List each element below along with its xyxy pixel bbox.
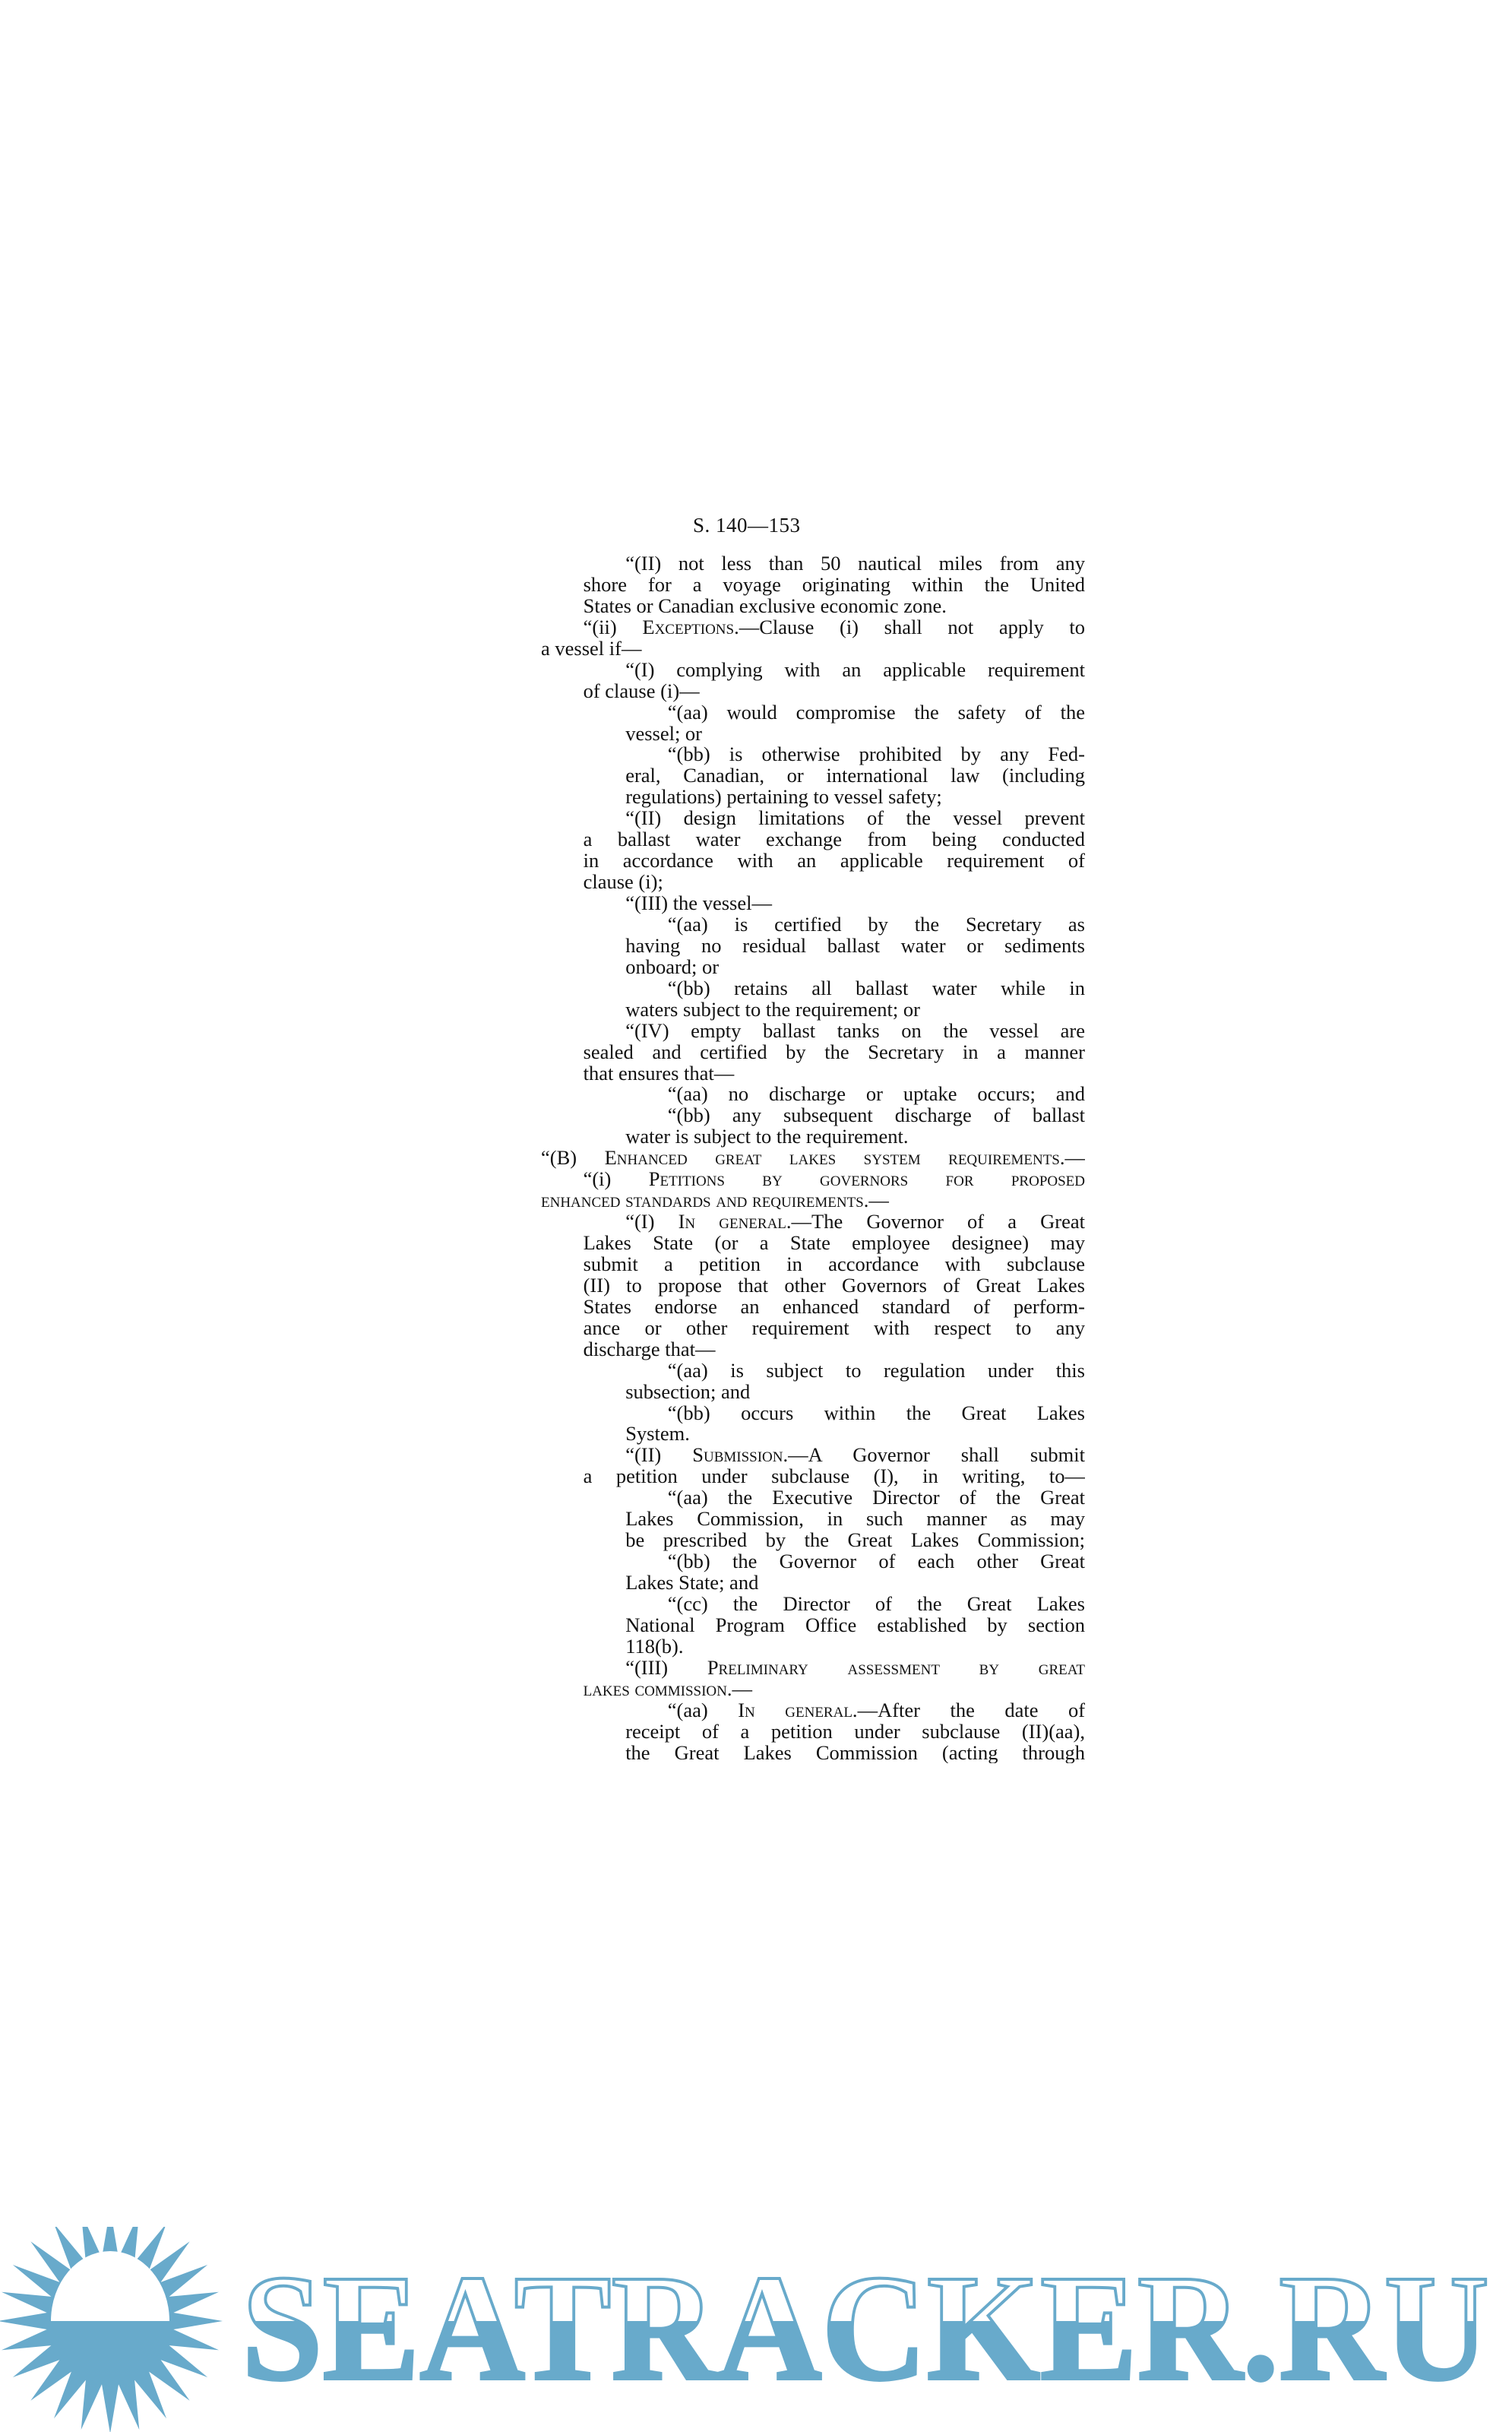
text-run: —A Governor shall submit [788, 1445, 1085, 1466]
small-caps-heading: In general. [738, 1700, 857, 1721]
text-run: discharge that— [584, 1338, 716, 1360]
text-line: vessel; or [541, 724, 1085, 745]
small-caps-heading: lakes commission. [584, 1677, 732, 1700]
text-line: a vessel if— [541, 638, 1085, 660]
sun-logo-icon [0, 2227, 223, 2432]
text-run: “(bb) any subsequent discharge of ballas… [668, 1105, 1085, 1126]
text-line: National Program Office established by s… [541, 1615, 1085, 1636]
text-line: (II) to propose that other Governors of … [541, 1275, 1085, 1297]
small-caps-heading: In general. [679, 1211, 792, 1233]
text-line: Lakes Commission, in such manner as may [541, 1509, 1085, 1530]
text-line: waters subject to the requirement; or [541, 999, 1085, 1021]
small-caps-heading: Enhanced great lakes system requirements… [605, 1148, 1065, 1169]
text-line: “(IV) empty ballast tanks on the vessel … [541, 1021, 1085, 1042]
text-run: 118(b). [625, 1635, 683, 1658]
text-run: “(B) [541, 1148, 605, 1169]
text-run: water is subject to the requirement. [625, 1125, 908, 1148]
text-line: “(II) not less than 50 nautical miles fr… [541, 553, 1085, 575]
text-line: “(I) In general.—The Governor of a Great [541, 1211, 1085, 1233]
text-line: “(ii) Exceptions.—Clause (i) shall not a… [541, 617, 1085, 638]
text-line: the Great Lakes Commission (acting throu… [541, 1743, 1085, 1764]
text-run: receipt of a petition under subclause (I… [625, 1721, 1085, 1743]
text-run: submit a petition in accordance with sub… [584, 1254, 1085, 1275]
text-line: “(aa) is subject to regulation under thi… [541, 1360, 1085, 1382]
text-run: “(bb) occurs within the Great Lakes [668, 1403, 1085, 1424]
page-header: S. 140—153 [693, 514, 801, 537]
text-run: “(I) [625, 1211, 678, 1233]
text-run: Lakes Commission, in such manner as may [625, 1509, 1085, 1530]
text-line: sealed and certified by the Secretary in… [541, 1042, 1085, 1063]
text-run: “(aa) is certified by the Secretary as [668, 914, 1085, 936]
text-line: a ballast water exchange from being cond… [541, 829, 1085, 850]
text-line: 118(b). [541, 1636, 1085, 1658]
text-line: “(II) Submission.—A Governor shall submi… [541, 1445, 1085, 1466]
text-line: onboard; or [541, 957, 1085, 978]
text-run: —After the date of [858, 1700, 1085, 1721]
small-caps-heading: enhanced standards and requirements. [541, 1189, 868, 1211]
text-run: subsection; and [625, 1380, 750, 1403]
text-line: “(III) Preliminary assessment by great [541, 1658, 1085, 1679]
text-run: “(aa) would compromise the safety of the [668, 702, 1085, 724]
text-run: —The Governor of a Great [792, 1211, 1085, 1233]
text-run: “(II) [625, 1445, 692, 1466]
text-run: “(aa) no discharge or uptake occurs; and [668, 1084, 1085, 1105]
text-run: having no residual ballast water or sedi… [625, 936, 1085, 957]
text-run: — [1065, 1148, 1086, 1169]
text-run: — [868, 1189, 889, 1211]
text-run: the Great Lakes Commission (acting throu… [625, 1743, 1085, 1764]
text-line: “(I) complying with an applicable requir… [541, 660, 1085, 681]
small-caps-heading: Exceptions. [642, 617, 739, 638]
text-line: Lakes State (or a State employee designe… [541, 1233, 1085, 1254]
text-line: ance or other requirement with respect t… [541, 1318, 1085, 1339]
text-run: a ballast water exchange from being cond… [584, 829, 1085, 850]
text-line: Lakes State; and [541, 1572, 1085, 1594]
text-run: that ensures that— [584, 1062, 735, 1085]
text-line: enhanced standards and requirements.— [541, 1190, 1085, 1211]
text-line: States endorse an enhanced standard of p… [541, 1297, 1085, 1318]
text-line: “(bb) retains all ballast water while in [541, 978, 1085, 999]
text-run: of clause (i)— [584, 679, 700, 702]
text-line: clause (i); [541, 872, 1085, 893]
text-line: discharge that— [541, 1339, 1085, 1360]
text-line: “(bb) the Governor of each other Great [541, 1551, 1085, 1572]
bill-text-body: “(II) not less than 50 nautical miles fr… [541, 553, 1085, 1763]
text-line: “(III) the vessel— [541, 893, 1085, 914]
text-run: States endorse an enhanced standard of p… [584, 1297, 1085, 1318]
text-run: “(III) [625, 1658, 707, 1679]
text-run: “(I) complying with an applicable requir… [625, 660, 1085, 681]
text-line: “(aa) is certified by the Secretary as [541, 914, 1085, 936]
text-run: be prescribed by the Great Lakes Commiss… [625, 1530, 1085, 1551]
text-line: water is subject to the requirement. [541, 1126, 1085, 1148]
text-run: — [732, 1677, 752, 1700]
text-line: States or Canadian exclusive economic zo… [541, 596, 1085, 617]
text-line: “(aa) would compromise the safety of the [541, 702, 1085, 724]
text-run: eral, Canadian, or international law (in… [625, 765, 1085, 787]
text-line: that ensures that— [541, 1063, 1085, 1085]
text-line: “(bb) any subsequent discharge of ballas… [541, 1105, 1085, 1126]
text-run: “(ii) [584, 617, 643, 638]
text-run: vessel; or [625, 722, 702, 745]
text-run: “(II) not less than 50 nautical miles fr… [625, 553, 1085, 575]
text-run: “(cc) the Director of the Great Lakes [668, 1594, 1085, 1615]
text-line: eral, Canadian, or international law (in… [541, 765, 1085, 787]
text-run: in accordance with an applicable require… [584, 850, 1085, 872]
text-line: receipt of a petition under subclause (I… [541, 1721, 1085, 1743]
text-line: in accordance with an applicable require… [541, 850, 1085, 872]
text-line: “(bb) is otherwise prohibited by any Fed… [541, 744, 1085, 765]
text-run: “(aa) is subject to regulation under thi… [668, 1360, 1085, 1382]
text-run: Lakes State; and [625, 1571, 758, 1594]
text-line: submit a petition in accordance with sub… [541, 1254, 1085, 1275]
text-line: System. [541, 1423, 1085, 1445]
text-line: shore for a voyage originating within th… [541, 575, 1085, 596]
text-run: “(IV) empty ballast tanks on the vessel … [625, 1021, 1085, 1042]
text-line: lakes commission.— [541, 1679, 1085, 1700]
text-line: a petition under subclause (I), in writi… [541, 1466, 1085, 1487]
text-line: “(aa) the Executive Director of the Grea… [541, 1487, 1085, 1509]
text-run: waters subject to the requirement; or [625, 998, 920, 1021]
text-run: a petition under subclause (I), in writi… [584, 1466, 1085, 1487]
text-line: “(B) Enhanced great lakes system require… [541, 1148, 1085, 1169]
text-line: regulations) pertaining to vessel safety… [541, 787, 1085, 808]
text-run: “(aa) [668, 1700, 738, 1721]
text-run: “(bb) retains all ballast water while in [668, 978, 1085, 999]
text-line: be prescribed by the Great Lakes Commiss… [541, 1530, 1085, 1551]
text-run: System. [625, 1422, 690, 1445]
text-run: regulations) pertaining to vessel safety… [625, 785, 942, 808]
text-run: “(i) [584, 1169, 649, 1190]
text-line: having no residual ballast water or sedi… [541, 936, 1085, 957]
text-run: clause (i); [584, 870, 663, 893]
text-line: “(i) Petitions by governors for proposed [541, 1169, 1085, 1190]
text-run: “(bb) the Governor of each other Great [668, 1551, 1085, 1572]
text-line: subsection; and [541, 1382, 1085, 1403]
small-caps-heading: Submission. [692, 1445, 788, 1466]
text-run: Lakes State (or a State employee designe… [584, 1233, 1085, 1254]
text-run: National Program Office established by s… [625, 1615, 1085, 1636]
text-line: of clause (i)— [541, 681, 1085, 702]
text-line: “(II) design limitations of the vessel p… [541, 808, 1085, 829]
text-run: (II) to propose that other Governors of … [584, 1275, 1085, 1297]
text-run: “(III) the vessel— [625, 891, 772, 914]
text-run: shore for a voyage originating within th… [584, 575, 1085, 596]
text-run: sealed and certified by the Secretary in… [584, 1042, 1085, 1063]
text-line: “(aa) no discharge or uptake occurs; and [541, 1084, 1085, 1105]
text-run: “(aa) the Executive Director of the Grea… [668, 1487, 1085, 1509]
text-run: a vessel if— [541, 637, 641, 660]
text-run: —Clause (i) shall not apply to [739, 617, 1085, 638]
small-caps-heading: Preliminary assessment by great [707, 1658, 1085, 1679]
text-line: “(aa) In general.—After the date of [541, 1700, 1085, 1721]
watermark: SEATRACKER.RU SEATRACKER.RU [0, 2227, 1512, 2432]
text-line: “(cc) the Director of the Great Lakes [541, 1594, 1085, 1615]
text-line: “(bb) occurs within the Great Lakes [541, 1403, 1085, 1424]
text-run: States or Canadian exclusive economic zo… [584, 594, 947, 617]
text-run: “(II) design limitations of the vessel p… [625, 808, 1085, 829]
text-run: ance or other requirement with respect t… [584, 1318, 1085, 1339]
text-run: onboard; or [625, 955, 719, 978]
small-caps-heading: Petitions by governors for proposed [649, 1169, 1085, 1190]
text-run: “(bb) is otherwise prohibited by any Fed… [668, 744, 1085, 765]
watermark-text: SEATRACKER.RU SEATRACKER.RU [242, 2244, 1489, 2412]
